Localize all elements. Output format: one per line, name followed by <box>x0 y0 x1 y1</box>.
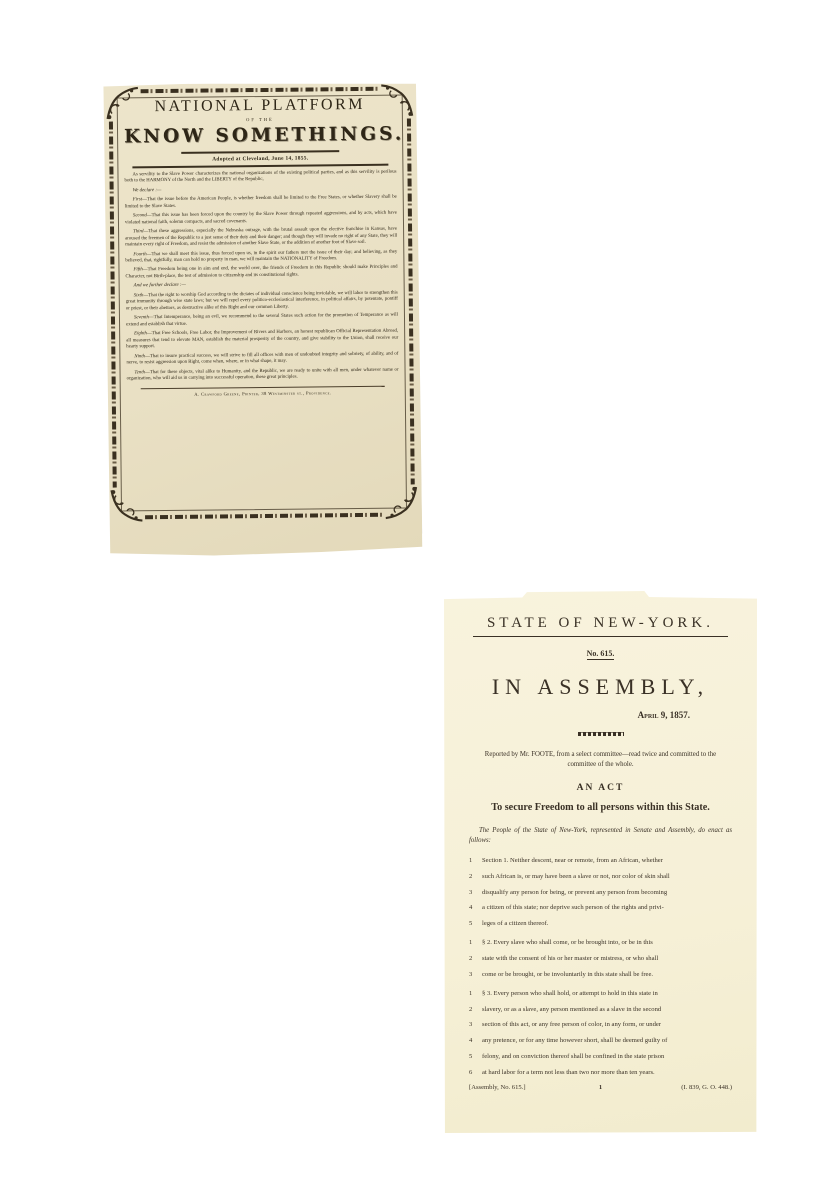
plank-fourth: Fourth—That we shall meet this issue, th… <box>125 249 397 265</box>
broadside-know-somethings: NATIONAL PLATFORM OF THE KNOW SOMETHINGS… <box>102 81 423 556</box>
bill-line: 2such African is, or may have been a sla… <box>469 873 732 881</box>
line-text: come or be brought, or be involuntarily … <box>482 971 732 979</box>
footer-page-number: 1 <box>557 1084 645 1091</box>
printer-imprint: A. Crawford Greene, Printer, 38 Westmins… <box>127 390 399 398</box>
bill-line: 3disqualify any person for being, or pre… <box>469 889 732 897</box>
plank-lead: Sixth <box>134 293 144 298</box>
plank-ninth: Ninth—That to insure practical success, … <box>126 351 398 367</box>
line-number: 1 <box>469 857 482 865</box>
bill-date: April 9, 1857. <box>469 710 732 720</box>
printer-rule <box>140 386 385 389</box>
further-declare-line: And we further declare :— <box>126 281 398 290</box>
plank-text: —That we shall meet this issue, thus for… <box>125 249 397 263</box>
border-ornament-right <box>407 118 415 484</box>
bill-line: 4a citizen of this state; nor deprive su… <box>469 904 732 912</box>
line-number: 5 <box>469 920 482 928</box>
line-text: § 3. Every person who shall hold, or att… <box>482 990 732 998</box>
line-number: 1 <box>469 939 482 947</box>
bill-line: 1§ 3. Every person who shall hold, or at… <box>469 990 732 998</box>
bill-number: No. 615. <box>469 649 732 658</box>
bill-line: 2slavery, or as a slave, any person ment… <box>469 1006 732 1014</box>
line-text: felony, and on conviction thereof shall … <box>482 1053 732 1061</box>
divider-squiggle <box>578 732 624 736</box>
line-text: Section 1. Neither descent, near or remo… <box>482 857 732 865</box>
plank-text: —That to insure practical success, we wi… <box>126 351 398 365</box>
plank-third: Third—That these aggressions, especially… <box>125 227 397 249</box>
bill-state-heading: STATE OF NEW-YORK. <box>473 615 728 637</box>
plank-first: First—That the issue before the American… <box>125 195 397 211</box>
line-number: 6 <box>469 1069 482 1077</box>
footer-left: [Assembly, No. 615.] <box>469 1084 557 1091</box>
bill-line: 6at hard labor for a term not less than … <box>469 1069 732 1077</box>
reported-line: Reported by Mr. FOOTE, from a select com… <box>483 750 718 770</box>
medium-rule <box>133 164 389 168</box>
line-text: any pretence, or for any time however sh… <box>482 1037 732 1045</box>
enacting-clause: The People of the State of New-York, rep… <box>469 826 732 846</box>
line-text: slavery, or as a slave, any person menti… <box>482 1006 732 1014</box>
line-number: 1 <box>469 990 482 998</box>
bill-number-text: No. 615. <box>587 649 615 660</box>
border-ornament-top <box>141 87 379 93</box>
plank-lead: Third <box>133 229 144 234</box>
plank-lead: Fourth <box>133 252 146 257</box>
plank-eighth: Eighth—That Free Schools, Free Labor, th… <box>126 329 398 351</box>
line-text: state with the consent of his or her mas… <box>482 955 732 963</box>
line-text: section of this act, or any free person … <box>482 1021 732 1029</box>
plank-sixth: Sixth—That the right to worship God acco… <box>126 291 398 313</box>
bill-line: 4any pretence, or for any time however s… <box>469 1037 732 1045</box>
plank-lead: Tenth <box>135 370 146 375</box>
broadside-content: NATIONAL PLATFORM OF THE KNOW SOMETHINGS… <box>124 94 400 513</box>
plank-lead: Second <box>133 213 147 218</box>
broadside-title: NATIONAL PLATFORM <box>124 96 396 117</box>
thick-rule <box>181 150 339 154</box>
line-text: § 2. Every slave who shall come, or be b… <box>482 939 732 947</box>
adopted-line: Adopted at Cleveland, June 14, 1855. <box>124 155 396 164</box>
line-number: 2 <box>469 1006 482 1014</box>
line-number: 4 <box>469 1037 482 1045</box>
bill-line: 3come or be brought, or be involuntarily… <box>469 971 732 979</box>
bill-line: 5leges of a citizen thereof. <box>469 920 732 928</box>
plank-lead: Eighth <box>134 332 147 337</box>
broadside-of-the: OF THE <box>124 116 396 124</box>
footer-right: (I. 839, G. O. 448.) <box>644 1084 732 1091</box>
bill-line: 2state with the consent of his or her ma… <box>469 955 732 963</box>
plank-text: —That for these objects, vital alike to … <box>127 367 399 381</box>
plank-tenth: Tenth—That for these objects, vital alik… <box>127 367 399 383</box>
preamble: As servility to the Slave Power characte… <box>124 169 396 185</box>
bill-section-3: 1§ 3. Every person who shall hold, or at… <box>469 990 732 1077</box>
act-title: To secure Freedom to all persons within … <box>469 802 732 813</box>
bill-line: 3section of this act, or any free person… <box>469 1021 732 1029</box>
plank-lead: First <box>133 198 142 203</box>
line-text: leges of a citizen thereof. <box>482 920 732 928</box>
bill-section-2: 1§ 2. Every slave who shall come, or be … <box>469 939 732 979</box>
line-text: disqualify any person for being, or prev… <box>482 889 732 897</box>
plank-text: —That this issue has been forced upon th… <box>125 211 397 225</box>
assembly-bill-document: STATE OF NEW-YORK. No. 615. IN ASSEMBLY,… <box>444 591 757 1133</box>
line-number: 5 <box>469 1053 482 1061</box>
bill-line: 1Section 1. Neither descent, near or rem… <box>469 857 732 865</box>
bill-footer: [Assembly, No. 615.] 1 (I. 839, G. O. 44… <box>469 1084 732 1091</box>
plank-lead: Seventh <box>134 316 149 321</box>
bill-content: STATE OF NEW-YORK. No. 615. IN ASSEMBLY,… <box>469 615 732 1113</box>
declare-line: We declare :— <box>125 185 397 194</box>
bill-line: 5felony, and on conviction thereof shall… <box>469 1053 732 1061</box>
border-ornament-left <box>109 122 117 488</box>
line-number: 4 <box>469 904 482 912</box>
broadside-body: As servility to the Slave Power characte… <box>124 169 398 382</box>
plank-seventh: Seventh—That Intemperance, being an evil… <box>126 313 398 329</box>
bill-section-1: 1Section 1. Neither descent, near or rem… <box>469 857 732 928</box>
plank-text: —That Freedom being one in aim and end, … <box>126 265 398 279</box>
line-number: 2 <box>469 955 482 963</box>
plank-lead: Fifth <box>133 268 142 273</box>
line-number: 3 <box>469 889 482 897</box>
plank-text: —That Free Schools, Free Labor, the Impr… <box>126 329 398 350</box>
line-number: 2 <box>469 873 482 881</box>
plank-text: —That these aggressions, especially the … <box>125 227 397 248</box>
bill-line: 1§ 2. Every slave who shall come, or be … <box>469 939 732 947</box>
border-ornament-bottom <box>145 513 383 519</box>
plank-fifth: Fifth—That Freedom being one in aim and … <box>125 265 397 281</box>
plank-text: —That Intemperance, being an evil, we re… <box>126 313 398 327</box>
line-text: a citizen of this state; nor deprive suc… <box>482 904 732 912</box>
line-number: 3 <box>469 1021 482 1029</box>
line-number: 3 <box>469 971 482 979</box>
broadside-title2: KNOW SOMETHINGS. <box>124 124 396 148</box>
line-text: such African is, or may have been a slav… <box>482 873 732 881</box>
plank-lead: Ninth <box>134 354 145 359</box>
plank-text: —That the issue before the American Peop… <box>125 195 397 209</box>
an-act-heading: AN ACT <box>469 783 732 793</box>
plank-second: Second—That this issue has been forced u… <box>125 211 397 227</box>
scan-background: NATIONAL PLATFORM OF THE KNOW SOMETHINGS… <box>0 0 819 1197</box>
bill-assembly-heading: IN ASSEMBLY, <box>469 674 732 700</box>
plank-text: —That the right to worship God according… <box>126 291 398 312</box>
line-text: at hard labor for a term not less than t… <box>482 1069 732 1077</box>
